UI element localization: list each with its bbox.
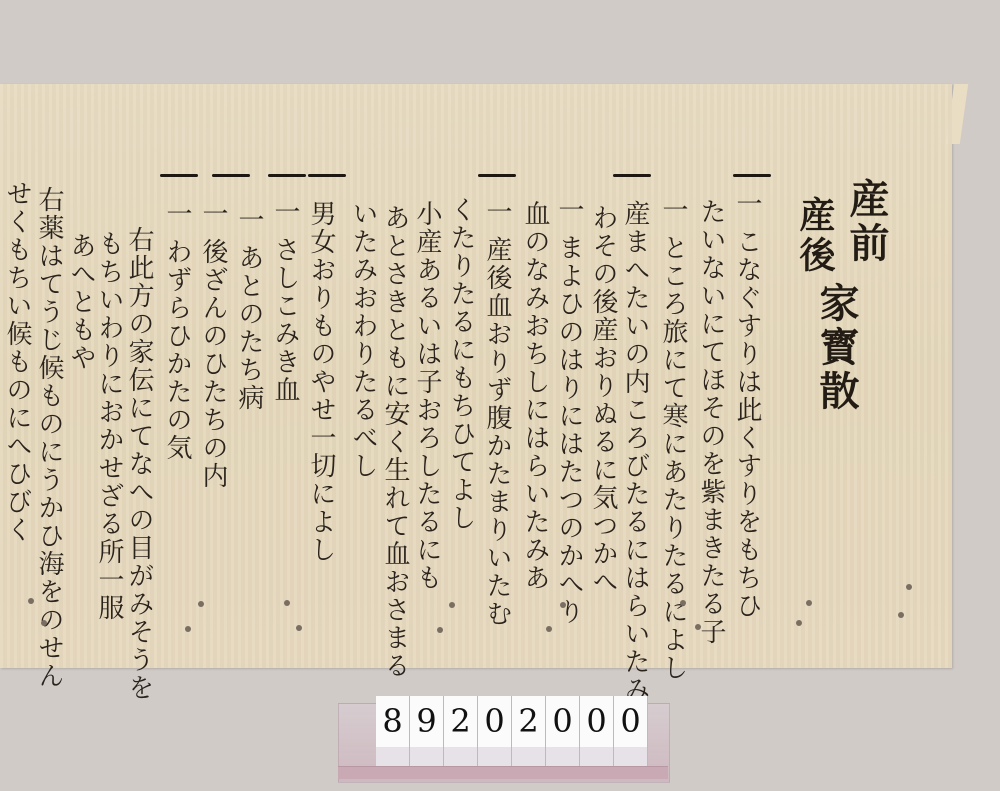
text-column: いたみおわりたるべし bbox=[350, 200, 376, 480]
item-marker bbox=[268, 174, 306, 177]
text-column: 血のなみおちしにはらいたみあ bbox=[522, 200, 548, 592]
text-column: 右此方の家伝にてなへの目がみそうを bbox=[126, 226, 152, 702]
paper-folded-corner bbox=[946, 84, 968, 144]
item-marker bbox=[160, 174, 198, 177]
text-column: 一 まよひのはりにはたつのかへり bbox=[556, 196, 582, 626]
catalog-digit: 2 bbox=[444, 696, 478, 769]
catalog-digit: 0 bbox=[546, 696, 580, 769]
text-column: 一 さしこみき血 bbox=[272, 198, 298, 404]
item-marker bbox=[478, 174, 516, 177]
binding-hole bbox=[41, 620, 47, 626]
text-column: 一 ところ旅にて寒にあたりたるによし bbox=[660, 196, 686, 682]
text-column: 一 あとのたち病 bbox=[236, 206, 262, 412]
binding-hole bbox=[28, 598, 34, 604]
catalog-digit: 8 bbox=[376, 696, 410, 769]
text-column: 一 後ざんのひたちの内 bbox=[200, 200, 226, 490]
text-column: 一 産後血おりず腹かたまりいたむ bbox=[484, 198, 510, 628]
text-column: わその後産おりぬるに気つかへ bbox=[590, 204, 616, 596]
item-marker bbox=[308, 174, 346, 177]
catalog-digit: 0 bbox=[580, 696, 614, 769]
binding-hole bbox=[906, 584, 912, 590]
catalog-digit: 9 bbox=[410, 696, 444, 769]
binding-hole bbox=[284, 600, 290, 606]
binding-hole bbox=[185, 626, 191, 632]
text-column: 一 わずらひかたの気 bbox=[164, 200, 190, 462]
text-column: あへともや bbox=[68, 232, 94, 372]
text-column: 産まへたいの内ころびたるにはらいたみ bbox=[622, 200, 648, 704]
item-marker bbox=[212, 174, 250, 177]
title-prefix-before-birth: 産前 bbox=[838, 178, 895, 266]
title-main: 家寳散 bbox=[808, 282, 865, 414]
binding-hole bbox=[546, 626, 552, 632]
text-column: あとさきともに安く生れて血おさまる bbox=[382, 204, 408, 680]
text-column: せくもちい候ものにへひびく bbox=[4, 180, 30, 544]
title-prefix-after-birth: 産後 bbox=[790, 196, 841, 276]
catalog-digit: 0 bbox=[614, 696, 648, 769]
text-column: もちいわりにおかせざる所一服 bbox=[96, 230, 122, 622]
scale-ruler bbox=[338, 766, 668, 779]
binding-hole bbox=[898, 612, 904, 618]
binding-hole bbox=[806, 600, 812, 606]
binding-hole bbox=[437, 627, 443, 633]
text-column: たいないにてほそのを紫まきたる子 bbox=[698, 198, 724, 646]
item-marker bbox=[613, 174, 651, 177]
binding-hole bbox=[449, 602, 455, 608]
text-column: くたりたるにもちひてよし bbox=[448, 196, 474, 532]
catalog-digit: 0 bbox=[478, 696, 512, 769]
text-column: 男女おりものやせ一切によし bbox=[308, 200, 334, 564]
text-column: 一 こなぐすりは此くすりをもちひ bbox=[734, 190, 760, 620]
catalog-digit: 2 bbox=[512, 696, 546, 769]
item-marker bbox=[733, 174, 771, 177]
text-column: 右薬はてうじ候ものにうかひ海をのせん bbox=[36, 186, 62, 690]
binding-hole bbox=[680, 600, 686, 606]
binding-hole bbox=[198, 601, 204, 607]
binding-hole bbox=[560, 602, 566, 608]
binding-hole bbox=[796, 620, 802, 626]
catalog-number-tag: 8 9 2 0 2 0 0 0 bbox=[376, 696, 648, 769]
binding-hole bbox=[296, 625, 302, 631]
binding-hole bbox=[695, 624, 701, 630]
text-column: 小産あるいは子おろしたるにも bbox=[414, 200, 440, 592]
